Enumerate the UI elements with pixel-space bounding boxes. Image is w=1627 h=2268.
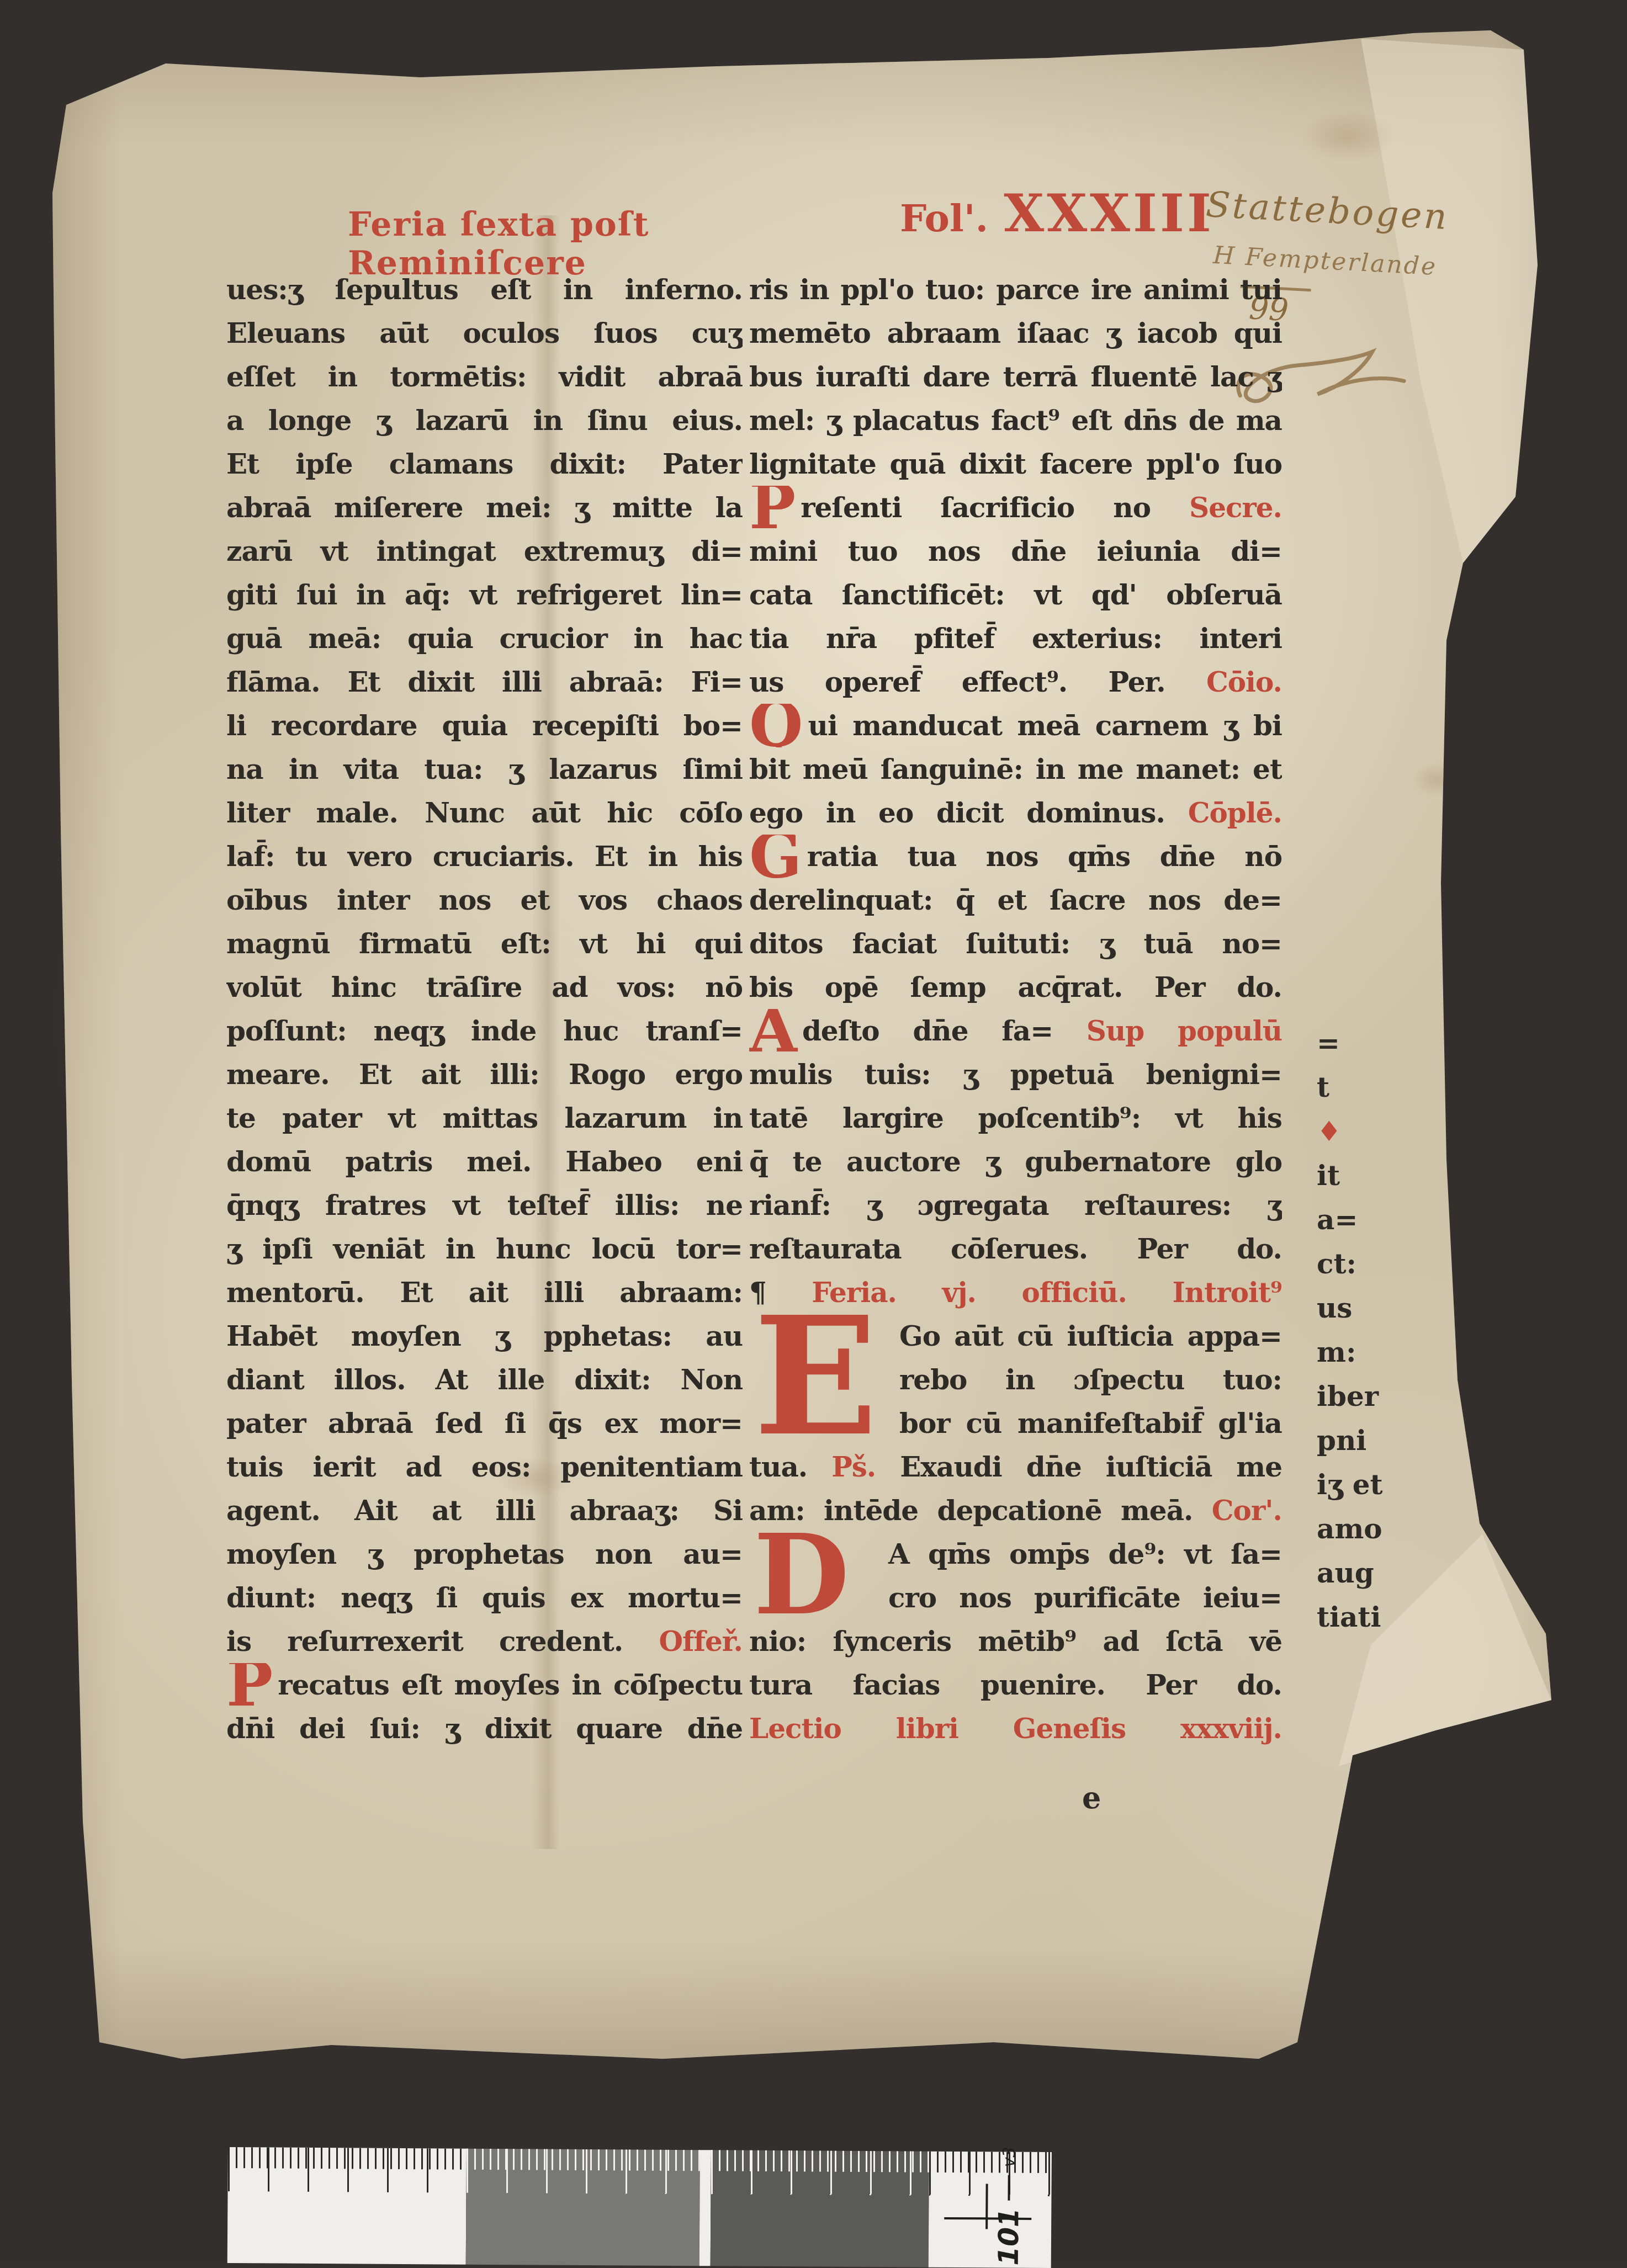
body-text: nio: ſynceris mētib⁹ ad ſctā vē (749, 1625, 1282, 1658)
text-line: ʒ ipſi veniāt in hunc locū tor= (226, 1227, 743, 1271)
rubric-text: Secre. (1189, 491, 1282, 524)
text-line: rianf̄: ʒ ɔgregata reſtaures: ʒ (749, 1183, 1282, 1227)
text-line: Qui manducat meā carnem ʒ bi (749, 704, 1282, 747)
text-line: tia nr̄a pfitef̄ exterius: interi (749, 617, 1282, 660)
ruler-ticks (228, 2147, 467, 2193)
calibration-segment-mid-gray (466, 2149, 700, 2261)
ruler-ticks (929, 2152, 1051, 2196)
text-line: zarū vt intingat extremuʒ di= (226, 529, 743, 573)
scale-version: v3 (999, 2147, 1019, 2167)
body-text: tuis ierit ad eos: penitentiam (226, 1451, 743, 1483)
body-text: li recordare quia recepiſti bo= (226, 709, 743, 742)
body-text: bus iuraſti dare terrā fluentē lac ʒ (749, 360, 1282, 393)
body-text: memēto abraam iſaac ʒ iacob qui (749, 317, 1282, 349)
manuscript-page: Feria ſexta poſt Reminiſcere Fol'. XXXII… (47, 28, 1554, 2064)
text-line: DA qm̄s omp̄s de⁹: vt ſa= (749, 1532, 1282, 1576)
text-line: mini tuo nos dn̄e ieiunia di= (749, 529, 1282, 573)
text-line: li recordare quia recepiſti bo= (226, 704, 743, 747)
text-line: te pater vt mittas lazarum in (226, 1096, 743, 1140)
folio-label: Fol'. (900, 196, 988, 241)
body-text: lignitate quā dixit facere ppl'o ſuo (749, 448, 1282, 480)
text-line: Preſenti ſacrificio no Secre. (749, 486, 1282, 529)
fragment-text: ct: (1317, 1242, 1400, 1286)
body-text: ues:ʒ ſepultus eſt in inferno. (226, 273, 743, 306)
text-line: Lectio libri Geneſis xxxviij. (749, 1707, 1282, 1750)
text-line: lignitate quā dixit facere ppl'o ſuo (749, 442, 1282, 486)
stain (1411, 762, 1463, 798)
body-text: te pater vt mittas lazarum in (226, 1102, 743, 1134)
body-text: meare. Et ait illi: Rogo ergo (226, 1058, 743, 1091)
text-line: volūt hinc trāſire ad vos: nō (226, 965, 743, 1009)
calibration-segment-dark-gray (711, 2150, 929, 2261)
text-line: rebo in ɔſpectu tuo: ſatia= (749, 1358, 1282, 1401)
text-line: abraā miſerere mei: ʒ mitte la (226, 486, 743, 529)
text-line: meare. Et ait illi: Rogo ergo (226, 1053, 743, 1096)
rubric-text: Sup populū (1087, 1015, 1282, 1047)
rubric-text: Cor'. (1212, 1494, 1282, 1527)
text-line: q̄nqʒ fratres vt teſtef̄ illis: ne (226, 1183, 743, 1227)
text-line: memēto abraam iſaac ʒ iacob qui (749, 311, 1282, 355)
body-text: a longe ʒ lazarū in ſinu eius. (226, 404, 743, 437)
text-line: ues:ʒ ſepultus eſt in inferno. (226, 268, 743, 311)
body-text: reſenti ſacrificio no (801, 491, 1189, 524)
text-line: us operef̄ effect⁹. Per. Cōio. (749, 660, 1282, 704)
stain (1300, 110, 1394, 163)
fragment-text: pni (1317, 1419, 1400, 1463)
text-line: diunt: neqʒ ſi quis ex mortu= (226, 1576, 743, 1619)
text-line: dn̄i dei ſui: ʒ dixit quare dn̄e iraſce (226, 1707, 743, 1750)
text-line: liter male. Nunc aūt hic cōſo (226, 791, 743, 835)
folio-numeral: XXXIII (1004, 183, 1214, 244)
body-text: laf̄: tu vero cruciaris. Et in his (226, 840, 743, 873)
body-text: Habēt moyſen ʒ pphetas: au (226, 1320, 743, 1352)
body-text: liter male. Nunc aūt hic cōſo (226, 796, 743, 829)
body-text: ratia tua nos qm̄s dn̄e nō (807, 840, 1282, 873)
body-text: tua. (749, 1451, 831, 1483)
text-line: ego in eo dicit dominus. Cōplē. (749, 791, 1282, 835)
text-line: mulis tuis: ʒ ppetuā benigni= (749, 1053, 1282, 1096)
body-text: bit meū ſanguinē: in me manet: et (749, 753, 1282, 785)
fragment-text: a= (1317, 1198, 1400, 1242)
text-line: bus iuraſti dare terrā fluentē lac ʒ (749, 355, 1282, 399)
rubric-text: Pš. (831, 1451, 900, 1483)
body-text: mulis tuis: ʒ ppetuā benigni= (749, 1058, 1282, 1091)
body-text: ui manducat meā carnem ʒ bi (808, 709, 1282, 742)
body-text: bis opē ſemp acq̄rat. Per do. (749, 971, 1282, 1003)
text-line: na in vita tua: ʒ lazarus ſimi (226, 747, 743, 791)
body-text: tatē largire poſcentib⁹: vt his (749, 1102, 1282, 1134)
versal-initial: G (749, 835, 802, 878)
body-text: diunt: neqʒ ſi quis ex mortu= (226, 1581, 743, 1614)
text-line: Precatus eſt moyſes in cōſpectu (226, 1663, 743, 1707)
body-text: reſtaurata cōſerues. Per do. (749, 1233, 1282, 1265)
body-text: mentorū. Et ait illi abraam: (226, 1276, 743, 1309)
body-text: oībus inter nos et vos chaos (226, 884, 743, 916)
text-line: a longe ʒ lazarū in ſinu eius. (226, 399, 743, 442)
scale-label: 101 v3 (993, 2147, 1025, 2261)
body-text: deſto dn̄e fa= (802, 1015, 1087, 1047)
scale-label-divider (1008, 2175, 1010, 2200)
text-line: Adeſto dn̄e fa= Sup populū (749, 1009, 1282, 1053)
text-line: EGo aūt cū iuſticia appa= (749, 1314, 1282, 1358)
body-text: volūt hinc trāſire ad vos: nō (226, 971, 743, 1003)
catchword: e (1082, 1780, 1101, 1815)
body-text: A qm̄s omp̄s de⁹: vt ſa= (888, 1538, 1282, 1570)
body-text: poſſunt: neqʒ inde huc tranſ= (226, 1015, 743, 1047)
rubric-text: Cōplē. (1188, 796, 1282, 829)
rubric-text: Cōio. (1206, 666, 1282, 698)
versal-initial: A (749, 1009, 797, 1053)
body-text: tura facias puenire. Per do. (749, 1669, 1282, 1701)
text-line: domū patris mei. Habeo eni (226, 1140, 743, 1183)
body-text: bor cū manifeſtabif̄ gl'ia (899, 1407, 1282, 1440)
text-line: moyſen ʒ prophetas non au= (226, 1532, 743, 1576)
body-text: mel: ʒ placatus fact⁹ eſt dn̄s de ma (749, 404, 1282, 437)
text-line: Habēt moyſen ʒ pphetas: au (226, 1314, 743, 1358)
body-text: giti ſui in aq̄: vt refrigeret lin= (226, 578, 743, 611)
body-text: tia nr̄a pfitef̄ exterius: interi (749, 622, 1282, 655)
text-column-right: ris in ppl'o tuo: parce ire animi tuimem… (749, 268, 1282, 1750)
body-text: ʒ ipſi veniāt in hunc locū tor= (226, 1233, 743, 1265)
grayscale-calibration-bar: 101 v3 (227, 2147, 1052, 2261)
body-text: is reſurrexerit credent. (226, 1625, 659, 1658)
rubric-text: Lectio libri Geneſis xxxviij. (749, 1712, 1282, 1745)
fragment-text: us (1317, 1286, 1400, 1330)
text-line: oībus inter nos et vos chaos (226, 878, 743, 922)
body-text: rianf̄: ʒ ɔgregata reſtaures: ʒ (749, 1189, 1282, 1221)
body-text: moyſen ʒ prophetas non au= (226, 1538, 743, 1570)
folio-number: Fol'. XXXIII (900, 183, 1214, 244)
body-text: ditos faciat ſuituti: ʒ tuā no= (749, 927, 1282, 960)
fragment-text: m: (1317, 1330, 1400, 1374)
body-text: recatus eſt moyſes in cōſpectu (278, 1669, 743, 1701)
text-line: nio: ſynceris mētib⁹ ad ſctā vē (749, 1619, 1282, 1663)
versal-initial: P (226, 1663, 272, 1707)
body-text: eſſet in tormētis: vidit abraā (226, 360, 743, 393)
text-line: tuis ierit ad eos: penitentiam (226, 1445, 743, 1489)
body-text: derelinquat: q̄ et ſacre nos de= (749, 884, 1282, 916)
annotation-line: Stattebogen (1205, 184, 1549, 243)
fragment-text: iʒ et (1317, 1463, 1400, 1507)
fragment-text: = (1317, 1021, 1400, 1065)
text-line: mentorū. Et ait illi abraam: (226, 1271, 743, 1314)
body-text: pater abraā ſed ſi q̄s ex mor= (226, 1407, 743, 1440)
text-line: Eleuans aūt oculos ſuos cuʒ (226, 311, 743, 355)
ink-speck (1365, 1830, 1375, 1837)
text-line: bis opē ſemp acq̄rat. Per do. (749, 965, 1282, 1009)
body-text: cro nos purificāte ieiu= (888, 1581, 1282, 1614)
fragment-text: t (1317, 1065, 1400, 1109)
registration-crosshair (985, 2184, 988, 2229)
body-text: domū patris mei. Habeo eni (226, 1145, 743, 1178)
calibration-label-segment: 101 v3 (929, 2152, 1052, 2261)
scale-number: 101 (993, 2208, 1025, 2261)
text-line: cro nos purificāte ieiu= (749, 1576, 1282, 1619)
body-text: rebo in ɔſpectu tuo: ſatia= (899, 1363, 1282, 1401)
text-line: Gratia tua nos qm̄s dn̄e nō (749, 835, 1282, 878)
body-text: us operef̄ effect⁹. Per. (749, 666, 1206, 698)
calibration-segment-white (227, 2147, 467, 2261)
text-line: eſſet in tormētis: vidit abraā (226, 355, 743, 399)
body-text: Go aūt cū iuſticia appa= (899, 1320, 1282, 1352)
body-text: abraā miſerere mei: ʒ mitte la (226, 491, 743, 524)
fold-text-fragments: =t♦ita=ct:usm:iberpniiʒ etamoaugtiati (1317, 1021, 1400, 1639)
body-text: zarū vt intingat extremuʒ di= (226, 535, 743, 567)
versal-initial: P (749, 486, 795, 529)
body-text: Eleuans aūt oculos ſuos cuʒ (226, 317, 743, 349)
text-line: magnū firmatū eſt: vt hi qui (226, 922, 743, 965)
text-line: Et ipſe clamans dixit: Pater (226, 442, 743, 486)
text-line: laf̄: tu vero cruciaris. Et in his (226, 835, 743, 878)
text-line: diant illos. At ille dixit: Non (226, 1358, 743, 1401)
text-line: cata ſanctificēt: vt qd' obſeruā (749, 573, 1282, 617)
fragment-text: it (1317, 1154, 1400, 1198)
rubric-text: Offeř. (659, 1625, 743, 1658)
body-text: dn̄i dei ſui: ʒ dixit quare dn̄e iraſce (226, 1712, 743, 1750)
fragment-text: amo (1317, 1507, 1400, 1551)
body-text: guā meā: quia crucior in hac (226, 622, 743, 655)
body-text: cata ſanctificēt: vt qd' obſeruā (749, 578, 1282, 611)
text-line: agent. Ait at illi abraaʒ: Si (226, 1489, 743, 1532)
text-line: ris in ppl'o tuo: parce ire animi tui (749, 268, 1282, 311)
text-line: guā meā: quia crucior in hac (226, 617, 743, 660)
text-line: pater abraā ſed ſi q̄s ex mor= (226, 1401, 743, 1445)
body-text: flāma. Et dixit illi abraā: Fi= (226, 666, 743, 698)
text-line: mel: ʒ placatus fact⁹ eſt dn̄s de ma (749, 399, 1282, 442)
body-text: q̄ te auctore ʒ gubernatore glo (749, 1145, 1282, 1178)
text-line: tatē largire poſcentib⁹: vt his (749, 1096, 1282, 1140)
text-line: ditos faciat ſuituti: ʒ tuā no= (749, 922, 1282, 965)
text-line: giti ſui in aq̄: vt refrigeret lin= (226, 573, 743, 617)
body-text: q̄nqʒ fratres vt teſtef̄ illis: ne (226, 1189, 743, 1221)
text-line: tua. Pš. Exaudi dn̄e iuſticiā me (749, 1445, 1282, 1489)
body-text: diant illos. At ille dixit: Non (226, 1363, 743, 1396)
text-line: bit meū ſanguinē: in me manet: et (749, 747, 1282, 791)
fragment-text: aug (1317, 1551, 1400, 1595)
calibration-separator (699, 2150, 711, 2261)
ruler-ticks (467, 2149, 700, 2195)
fragment-text: iber (1317, 1374, 1400, 1419)
text-line: derelinquat: q̄ et ſacre nos de= (749, 878, 1282, 922)
photo-background: Feria ſexta poſt Reminiſcere Fol'. XXXII… (0, 0, 1627, 2261)
body-text: mini tuo nos dn̄e ieiunia di= (749, 535, 1282, 567)
rubric-text: Feria. vj. officiū. Introit⁹ (812, 1276, 1282, 1309)
text-line: flāma. Et dixit illi abraā: Fi= (226, 660, 743, 704)
text-line: is reſurrexerit credent. Offeř. (226, 1619, 743, 1663)
text-line: poſſunt: neqʒ inde huc tranſ= (226, 1009, 743, 1053)
versal-initial: Q (749, 704, 803, 747)
ruler-ticks (711, 2150, 929, 2195)
body-text: agent. Ait at illi abraaʒ: Si (226, 1494, 743, 1527)
text-line: tura facias puenire. Per do. (749, 1663, 1282, 1707)
text-line: q̄ te auctore ʒ gubernatore glo (749, 1140, 1282, 1183)
body-text: ris in ppl'o tuo: parce ire animi tui (749, 273, 1282, 306)
body-text: magnū firmatū eſt: vt hi qui (226, 927, 743, 960)
fragment-text: tiati (1317, 1595, 1400, 1639)
body-text: Exaudi dn̄e iuſticiā me (900, 1451, 1282, 1483)
body-text: na in vita tua: ʒ lazarus ſimi (226, 753, 743, 785)
body-text: Et ipſe clamans dixit: Pater (226, 448, 743, 480)
text-line: reſtaurata cōſerues. Per do. (749, 1227, 1282, 1271)
text-line: bor cū manifeſtabif̄ gl'ia (749, 1401, 1282, 1445)
fragment-text: ♦ (1317, 1109, 1400, 1154)
text-column-left: ues:ʒ ſepultus eſt in inferno.Eleuans aū… (226, 268, 743, 1750)
body-text: ego in eo dicit dominus. (749, 796, 1188, 829)
